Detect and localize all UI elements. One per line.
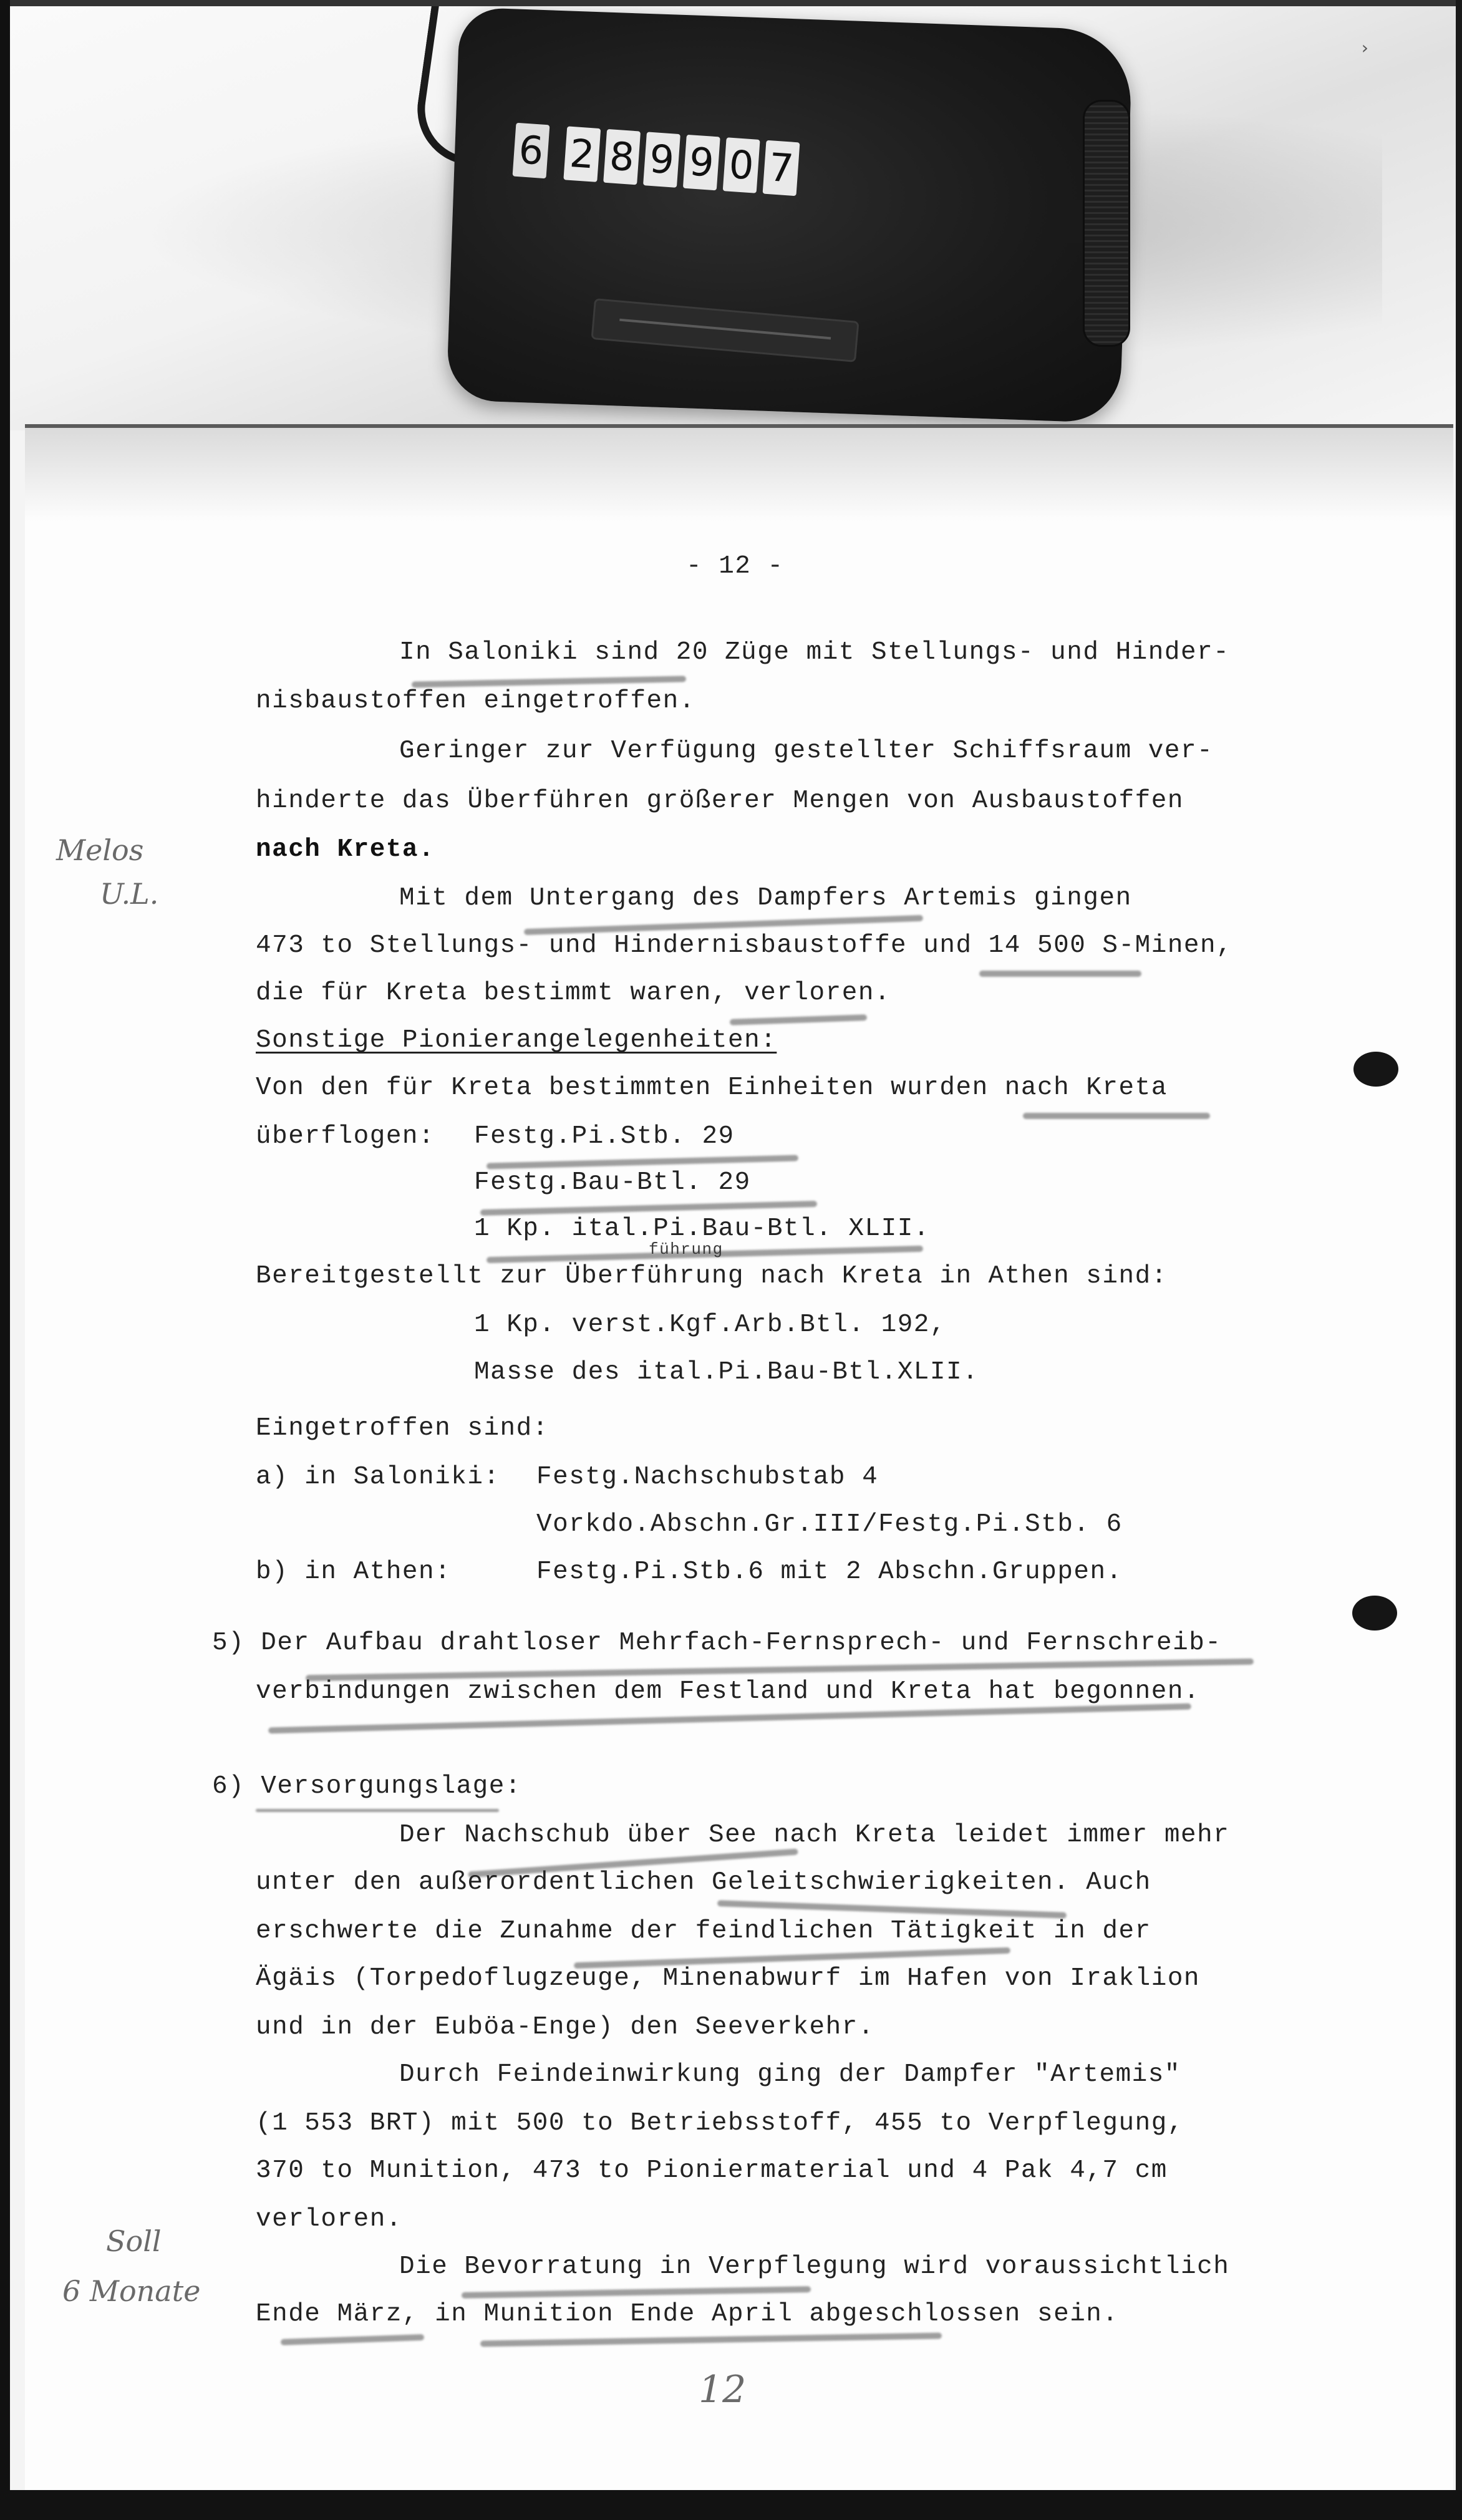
text-line: 370 to Munition, 473 to Pioniermaterial … xyxy=(256,2158,1168,2184)
text-line: Eingetroffen sind: xyxy=(256,1416,549,1442)
corner-mark: › xyxy=(1362,37,1368,58)
unit-name: Masse des ital.Pi.Bau-Btl.XLII. xyxy=(474,1360,979,1385)
text-line: 473 to Stellungs- und Hindernisbaustoffe… xyxy=(256,933,1232,959)
pencil-underline xyxy=(717,1900,1067,1919)
text-line: Durch Feindeinwirkung ging der Dampfer "… xyxy=(399,2062,1181,2088)
reset-knob-icon xyxy=(1083,100,1130,347)
film-edge-left xyxy=(0,0,10,2520)
text-line: verloren. xyxy=(256,2207,402,2232)
film-edge-right xyxy=(1456,0,1462,2520)
text-line: nach Kreta. xyxy=(256,837,435,863)
counter-photo: 6 2 8 9 9 0 7 › xyxy=(10,6,1456,430)
text-line: hinderte das Überführen größerer Mengen … xyxy=(256,788,1184,814)
text-line: Von den für Kreta bestimmten Einheiten w… xyxy=(256,1075,1168,1101)
pencil-underline xyxy=(730,1014,867,1025)
text-line: (1 553 BRT) mit 500 to Betriebsstoff, 45… xyxy=(256,2111,1184,2136)
text-line: Mit dem Untergang des Dampfers Artemis g… xyxy=(399,886,1132,911)
unit-name: Festg.Pi.Stb. 29 xyxy=(474,1124,735,1150)
section-heading: Sonstige Pionierangelegenheiten: xyxy=(256,1028,777,1054)
counter-nameplate xyxy=(591,298,859,362)
section-5: 5) Der Aufbau drahtloser Mehrfach-Fernsp… xyxy=(212,1631,1221,1656)
pencil-underline xyxy=(480,1201,817,1216)
unit-name: Festg.Nachschubstab 4 xyxy=(536,1465,878,1490)
text-line: Bereitgestellt zur Überführung nach Kret… xyxy=(256,1264,1168,1289)
pencil-underline xyxy=(1023,1113,1210,1119)
pencil-underline xyxy=(268,1703,1191,1734)
typed-correction: führung xyxy=(649,1241,724,1258)
text-line: Geringer zur Verfügung gestellter Schiff… xyxy=(399,739,1213,764)
text-line: unter den außerordentlichen Geleitschwie… xyxy=(256,1870,1151,1896)
counter-digit: 8 xyxy=(603,129,641,185)
counter-digit: 6 xyxy=(513,123,550,179)
text-line: die für Kreta bestimmt waren, verloren. xyxy=(256,981,891,1006)
counter-readout: 6 2 8 9 9 0 7 xyxy=(513,123,800,196)
punch-hole-icon xyxy=(1353,1052,1398,1087)
unit-name: Vorkdo.Abschn.Gr.III/Festg.Pi.Stb. 6 xyxy=(536,1512,1123,1538)
unit-name: 1 Kp. verst.Kgf.Arb.Btl. 192, xyxy=(474,1312,946,1338)
pencil-underline xyxy=(979,971,1141,977)
list-label: b) in Athen: xyxy=(256,1559,451,1585)
text-line: Ende März, in Munition Ende April abgesc… xyxy=(256,2302,1119,2327)
text-line: nisbaustoffen eingetroffen. xyxy=(256,689,695,714)
page-number: - 12 - xyxy=(686,554,784,579)
frame-counter-device: 6 2 8 9 9 0 7 xyxy=(446,7,1133,423)
text-line: und in der Euböa-Enge) den Seeverkehr. xyxy=(256,2015,874,2040)
unit-name: 1 Kp. ital.Pi.Bau-Btl. XLII. xyxy=(474,1216,930,1242)
unit-name: Festg.Bau-Btl. 29 xyxy=(474,1170,751,1196)
margin-note: Soll xyxy=(106,2224,162,2258)
counter-digit: 0 xyxy=(723,137,760,193)
text-line: verbindungen zwischen dem Festland und K… xyxy=(256,1679,1200,1705)
folio-number: 12 xyxy=(699,2368,746,2411)
film-edge-bottom xyxy=(0,2490,1462,2520)
counter-digit: 9 xyxy=(643,132,680,188)
margin-note: Melos xyxy=(56,833,143,867)
punch-hole-icon xyxy=(1352,1596,1397,1631)
pencil-underline xyxy=(487,1155,798,1169)
text-line: In Saloniki sind 20 Züge mit Stellungs- … xyxy=(399,640,1229,666)
counter-digit: 9 xyxy=(683,135,720,191)
margin-note: 6 Monate xyxy=(62,2274,200,2308)
paper-shadow xyxy=(25,428,1453,521)
text-line: erschwerte die Zunahme der feindlichen T… xyxy=(256,1919,1151,1944)
section-6: 6) Versorgungslage: xyxy=(212,1774,521,1800)
text-line: Ägäis (Torpedoflugzeuge, Minenabwurf im … xyxy=(256,1966,1200,1992)
counter-digit: 7 xyxy=(763,140,800,196)
pencil-underline xyxy=(480,2333,942,2347)
margin-note: U.L. xyxy=(100,877,158,911)
pencil-underline xyxy=(281,2334,424,2345)
counter-digit: 2 xyxy=(563,126,601,182)
typed-page: - 12 - In Saloniki sind 20 Züge mit Stel… xyxy=(25,424,1453,2494)
list-label: a) in Saloniki: xyxy=(256,1465,500,1490)
film-edge-top xyxy=(0,0,1462,6)
pencil-underline xyxy=(412,676,686,687)
heading-underline xyxy=(256,1809,499,1812)
unit-name: Festg.Pi.Stb.6 mit 2 Abschn.Gruppen. xyxy=(536,1559,1123,1585)
pencil-underline xyxy=(462,2286,811,2299)
text-line: Der Nachschub über See nach Kreta leidet… xyxy=(399,1823,1229,1848)
text-line: überflogen: xyxy=(256,1124,435,1150)
text-line: Die Bevorratung in Verpflegung wird vora… xyxy=(399,2254,1229,2280)
